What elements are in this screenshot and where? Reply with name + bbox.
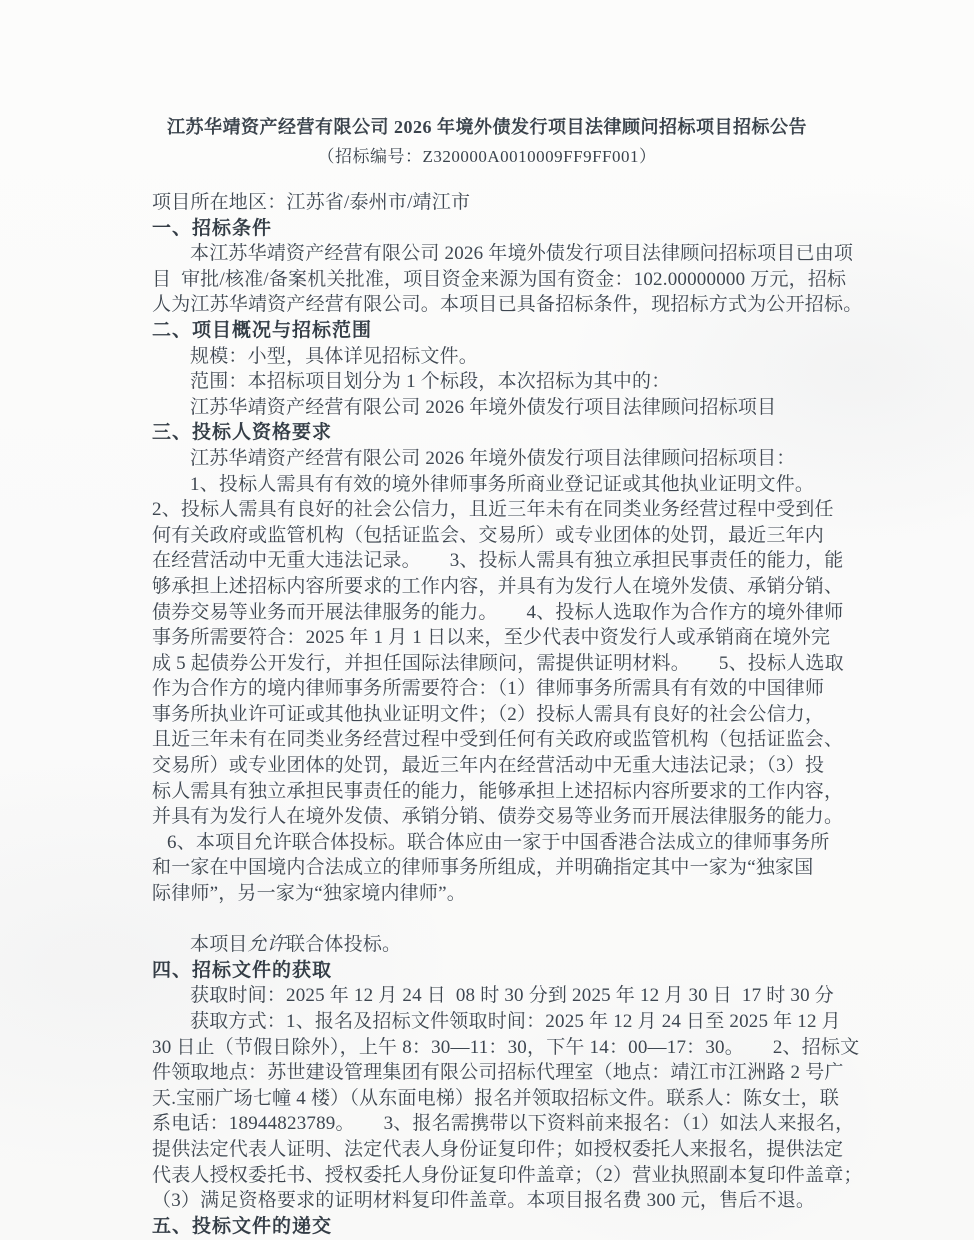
doc-line: 江苏华靖资产经营有限公司 2026 年境外债发行项目法律顾问招标项目 xyxy=(152,395,872,421)
doc-line: 系电话：18944823789。 3、报名需携带以下资料前来报名：（1）如法人来… xyxy=(152,1111,872,1137)
doc-line xyxy=(152,907,872,933)
doc-line: 项目所在地区：江苏省/泰州市/靖江市 xyxy=(152,190,872,216)
doc-line: 债券交易等业务而开展法律服务的能力。 4、投标人选取作为合作方的境外律师 xyxy=(152,600,872,626)
doc-text-segment: 本项目 xyxy=(190,934,248,955)
doc-line: 6、本项目允许联合体投标。联合体应由一家于中国香港合法成立的律师事务所 xyxy=(152,830,872,856)
section-heading: 二、项目概况与招标范围 xyxy=(152,318,872,344)
doc-line: 际律师”，另一家为“独家境内律师”。 xyxy=(152,881,872,907)
doc-line: 30 日止（节假日除外），上午 8：30—11：30，下午 14：00—17：3… xyxy=(152,1035,872,1061)
doc-line: 本江苏华靖资产经营有限公司 2026 年境外债发行项目法律顾问招标项目已由项 xyxy=(152,241,872,267)
tender-number: （招标编号：Z320000A0010009FF9FF001） xyxy=(0,142,974,171)
doc-line: 且近三年未有在同类业务经营过程中受到任何有关政府或监管机构（包括证监会、 xyxy=(152,727,872,753)
doc-line: 并具有为发行人在境外发债、承销分销、债券交易等业务而开展法律服务的能力。 xyxy=(152,804,872,830)
doc-line: 交易所）或专业团体的处罚，最近三年内在经营活动中无重大违法记录；（3）投 xyxy=(152,753,872,779)
doc-line: 获取方式：1、报名及招标文件领取时间：2025 年 12 月 24 日至 202… xyxy=(152,1009,872,1035)
doc-line: 件领取地点：苏世建设管理集团有限公司招标代理室（地点：靖江市江洲路 2 号广 xyxy=(152,1060,872,1086)
doc-line: 何有关政府或监管机构（包括证监会、交易所）或专业团体的处罚，最近三年内 xyxy=(152,523,872,549)
doc-line: 成 5 起债券公开发行，并担任国际法律顾问，需提供证明材料。 5、投标人选取 xyxy=(152,651,872,677)
doc-line: 目 审批/核准/备案机关批准，项目资金来源为国有资金：102.00000000 … xyxy=(152,267,872,293)
doc-line: 事务所执业许可证或其他执业证明文件；（2）投标人需具有良好的社会公信力， xyxy=(152,702,872,728)
doc-line: 代表人授权委托书、授权委托人身份证复印件盖章；（2）营业执照副本复印件盖章； xyxy=(152,1163,872,1189)
section-heading: 一、招标条件 xyxy=(152,216,872,242)
doc-line: 提供法定代表人证明、法定代表人身份证复印件；如授权委托人来报名，提供法定 xyxy=(152,1137,872,1163)
doc-line: 天.宝丽广场七幢 4 楼）（从东面电梯）报名并领取招标文件。联系人：陈女士，联 xyxy=(152,1086,872,1112)
doc-line: 和一家在中国境内合法成立的律师事务所组成，并明确指定其中一家为“独家国 xyxy=(152,855,872,881)
doc-line: 1、投标人需具有有效的境外律师事务所商业登记证或其他执业证明文件。 xyxy=(152,472,872,498)
doc-text-segment: 联合体投标。 xyxy=(286,934,401,955)
section-heading: 四、招标文件的获取 xyxy=(152,958,872,984)
doc-line: 人为江苏华靖资产经营有限公司。本项目已具备招标条件，现招标方式为公开招标。 xyxy=(152,292,872,318)
doc-line: 本项目允许联合体投标。 xyxy=(152,932,872,958)
doc-line: 事务所需要符合：2025 年 1 月 1 日以来，至少代表中资发行人或承销商在境… xyxy=(152,625,872,651)
section-heading: 三、投标人资格要求 xyxy=(152,420,872,446)
doc-line: 规模：小型，具体详见招标文件。 xyxy=(152,344,872,370)
doc-text-segment: 允许 xyxy=(248,934,286,955)
doc-line: 江苏华靖资产经营有限公司 2026 年境外债发行项目法律顾问招标项目： xyxy=(152,446,872,472)
doc-line: 标人需具有独立承担民事责任的能力，能够承担上述招标内容所要求的工作内容， xyxy=(152,779,872,805)
doc-line: 在经营活动中无重大违法记录。 3、投标人需具有独立承担民事责任的能力，能 xyxy=(152,548,872,574)
doc-line: 够承担上述招标内容所要求的工作内容，并具有为发行人在境外发债、承销分销、 xyxy=(152,574,872,600)
doc-line: 作为合作方的境内律师事务所需要符合：（1）律师事务所需具有有效的中国律师 xyxy=(152,676,872,702)
doc-line: 2、投标人需具有良好的社会公信力，且近三年未有在同类业务经营过程中受到任 xyxy=(152,497,872,523)
document-header: 江苏华靖资产经营有限公司 2026 年境外债发行项目法律顾问招标项目招标公告 （… xyxy=(0,112,974,171)
doc-line: （3）满足资格要求的证明材料复印件盖章。本项目报名费 300 元，售后不退。 xyxy=(152,1188,872,1214)
doc-line: 范围：本招标项目划分为 1 个标段，本次招标为其中的： xyxy=(152,369,872,395)
document-title: 江苏华靖资产经营有限公司 2026 年境外债发行项目法律顾问招标项目招标公告 xyxy=(0,112,974,142)
doc-line: 获取时间：2025 年 12 月 24 日 08 时 30 分到 2025 年 … xyxy=(152,983,872,1009)
document-body: 项目所在地区：江苏省/泰州市/靖江市一、招标条件本江苏华靖资产经营有限公司 20… xyxy=(152,190,872,1239)
document-page: 江苏华靖资产经营有限公司 2026 年境外债发行项目法律顾问招标项目招标公告 （… xyxy=(0,0,974,1240)
section-heading: 五、投标文件的递交 xyxy=(152,1214,872,1240)
